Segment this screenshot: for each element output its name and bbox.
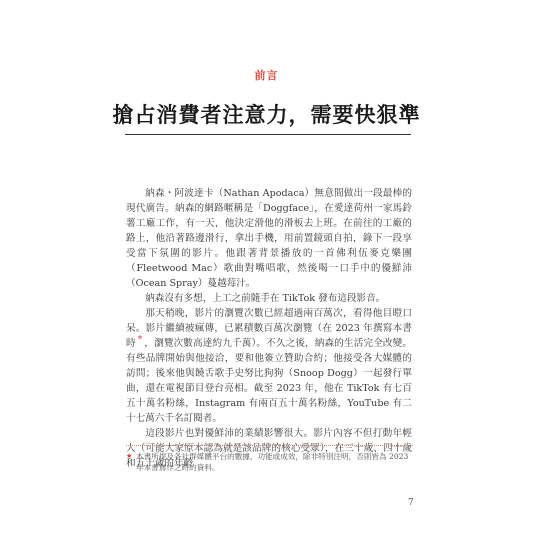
section-label: 前言 (0, 67, 533, 83)
footnote-divider (126, 445, 413, 446)
paragraph-3: 那天稍晚，影片的瀏覽次數已經超過兩百萬次，看得他目瞪口呆。影片繼續被瘋傳，已累積… (126, 306, 412, 426)
footnote-reference-marker: * (138, 335, 143, 345)
book-page: 前言 搶占消費者注意力，需要快狠準 納森・阿波達卡（Nathan Apodaca… (0, 0, 533, 533)
title-divider (125, 134, 411, 135)
footnote-text: 本書所提及各社群媒體平台的數據，功能或成效，除非特別注明，否則皆為 2023 年… (136, 451, 413, 473)
paragraph-1: 納森・阿波達卡（Nathan Apodaca）無意間做出一段最棒的現代廣告。納森… (126, 186, 412, 291)
chapter-title: 搶占消費者注意力，需要快狠準 (0, 99, 533, 129)
page-number: 7 (408, 498, 414, 508)
paragraph-2: 納森沒有多想，上工之前隨手在 TikTok 發布這段影音。 (126, 291, 412, 306)
paragraph-3-text-b: ，瀏覽次數高達約九千萬）。不久之後，納森的生活完全改變。有些品牌開始與他接洽，要… (126, 338, 412, 424)
star-icon: ★ (126, 451, 136, 473)
body-text: 納森・阿波達卡（Nathan Apodaca）無意間做出一段最棒的現代廣告。納森… (126, 186, 412, 471)
footnote: ★ 本書所提及各社群媒體平台的數據，功能或成效，除非特別注明，否則皆為 2023… (126, 451, 413, 473)
